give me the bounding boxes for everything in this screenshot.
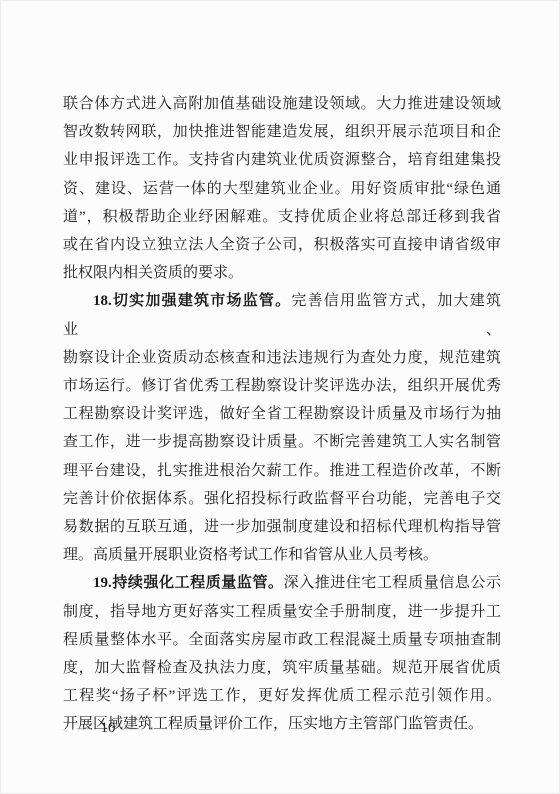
page-number: 10: [101, 720, 116, 736]
text-line: 制度，指导地方更好落实工程质量安全手册制度，进一步提升工: [63, 598, 501, 626]
text-line: 工程勘察设计奖评选，做好全省工程勘察设计质量及市场行为抽: [63, 400, 501, 428]
text-line: 批权限内相关资质的要求。: [63, 259, 501, 287]
text-line: 业申报评选工作。支持省内建筑业优质资源整合，培育组建集投: [63, 146, 501, 174]
page-footer: — 10 —: [71, 718, 145, 739]
text-line: 理平台建设，扎实推进根治欠薪工作。推进工程造价改革，不断: [63, 457, 501, 485]
text-line: 市场运行。修订省优秀工程勘察设计奖评选办法，组织开展优秀: [63, 372, 501, 400]
paragraph-lead-bold: 18.切实加强建筑市场监管。: [93, 293, 291, 309]
text-line: 程质量整体水平。全面落实房屋市政工程混凝土质量专项抽查制: [63, 626, 501, 654]
text-line: 完善计价依据体系。强化招投标行政监督平台功能，完善电子交: [63, 485, 501, 513]
text-line: 工程奖“扬子杯”评选工作，更好发挥优质工程示范引领作用。: [63, 682, 501, 710]
footer-dash-left: —: [71, 721, 97, 736]
text-line: 智改数转网联，加快推进智能建造发展，组织开展示范项目和企: [63, 118, 501, 146]
text-line: 易数据的互联互通，进一步加强制度建设和招标代理机构指导管: [63, 513, 501, 541]
text-line: 勘察设计企业资质动态核查和违法违规行为查处力度，规范建筑: [63, 344, 501, 372]
paragraph-lead-bold: 19.持续强化工程质量监管。: [93, 575, 284, 591]
text-line: 查工作，进一步提高勘察设计质量。不断完善建筑工人实名制管: [63, 428, 501, 456]
text-line: 或在省内设立独立法人全资子公司，积极落实可直接申请省级审: [63, 231, 501, 259]
text-line: 18.切实加强建筑市场监管。完善信用监管方式，加大建筑业、: [63, 287, 501, 343]
text-line: 道”，积极帮助企业纾困解难。支持优质企业将总部迁移到我省: [63, 203, 501, 231]
text-line: 理。高质量开展职业资格考试工作和省管从业人员考核。: [63, 541, 501, 569]
text-line: 资、建设、运营一体的大型建筑业企业。用好资质审批“绿色通: [63, 175, 501, 203]
text-line: 联合体方式进入高附加值基础设施建设领域。大力推进建设领域: [63, 90, 501, 118]
document-body: 联合体方式进入高附加值基础设施建设领域。大力推进建设领域智改数转网联，加快推进智…: [63, 90, 501, 739]
text-line: 19.持续强化工程质量监管。深入推进住宅工程质量信息公示: [63, 569, 501, 597]
document-page: 联合体方式进入高附加值基础设施建设领域。大力推进建设领域智改数转网联，加快推进智…: [0, 0, 560, 794]
text-line: 度，加大监督检查及执法力度，筑牢质量基础。规范开展省优质: [63, 654, 501, 682]
footer-dash-right: —: [119, 721, 145, 736]
